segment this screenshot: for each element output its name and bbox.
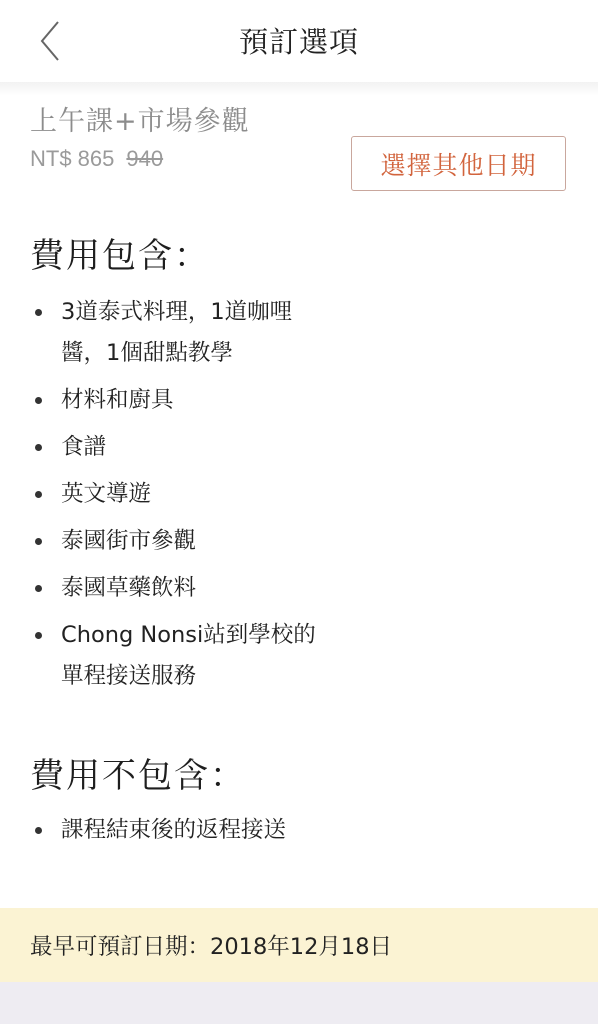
excluded-title: 費用不包含：	[30, 748, 246, 797]
list-item: Chong Nonsi站到學校的單程接送服務	[30, 615, 330, 697]
list-item: 英文導遊	[30, 474, 330, 515]
notice-text: 最早可預訂日期：2018年12月18日	[30, 929, 392, 961]
bottom-area	[0, 982, 598, 1024]
bullet-icon	[35, 827, 42, 834]
bullet-icon	[35, 538, 42, 545]
earliest-date-notice: 最早可預訂日期：2018年12月18日	[0, 908, 598, 982]
list-item: 食譜	[30, 427, 330, 468]
page-title: 預訂選項	[0, 20, 598, 61]
included-title: 費用包含：	[30, 228, 210, 277]
price-row: NT$ 865940	[30, 146, 163, 172]
top-nav-bar: 預訂選項	[0, 0, 598, 82]
list-item: 泰國街市參觀	[30, 521, 330, 562]
excluded-list: 課程結束後的返程接送	[30, 810, 330, 857]
current-price: NT$ 865	[30, 146, 114, 171]
bullet-icon	[35, 444, 42, 451]
option-title: 上午課+市場參觀	[30, 99, 250, 138]
header-divider	[0, 82, 598, 96]
change-date-button[interactable]: 選擇其他日期	[351, 136, 566, 191]
bullet-icon	[35, 309, 42, 316]
included-list: 3道泰式料理，1道咖哩醬，1個甜點教學 材料和廚具 食譜 英文導遊 泰國街市參觀…	[30, 292, 330, 703]
original-price: 940	[126, 146, 163, 171]
bullet-icon	[35, 585, 42, 592]
list-item: 材料和廚具	[30, 380, 330, 421]
bullet-icon	[35, 397, 42, 404]
list-item: 課程結束後的返程接送	[30, 810, 330, 851]
bullet-icon	[35, 632, 42, 639]
bullet-icon	[35, 491, 42, 498]
list-item: 泰國草藥飲料	[30, 568, 330, 609]
list-item: 3道泰式料理，1道咖哩醬，1個甜點教學	[30, 292, 330, 374]
